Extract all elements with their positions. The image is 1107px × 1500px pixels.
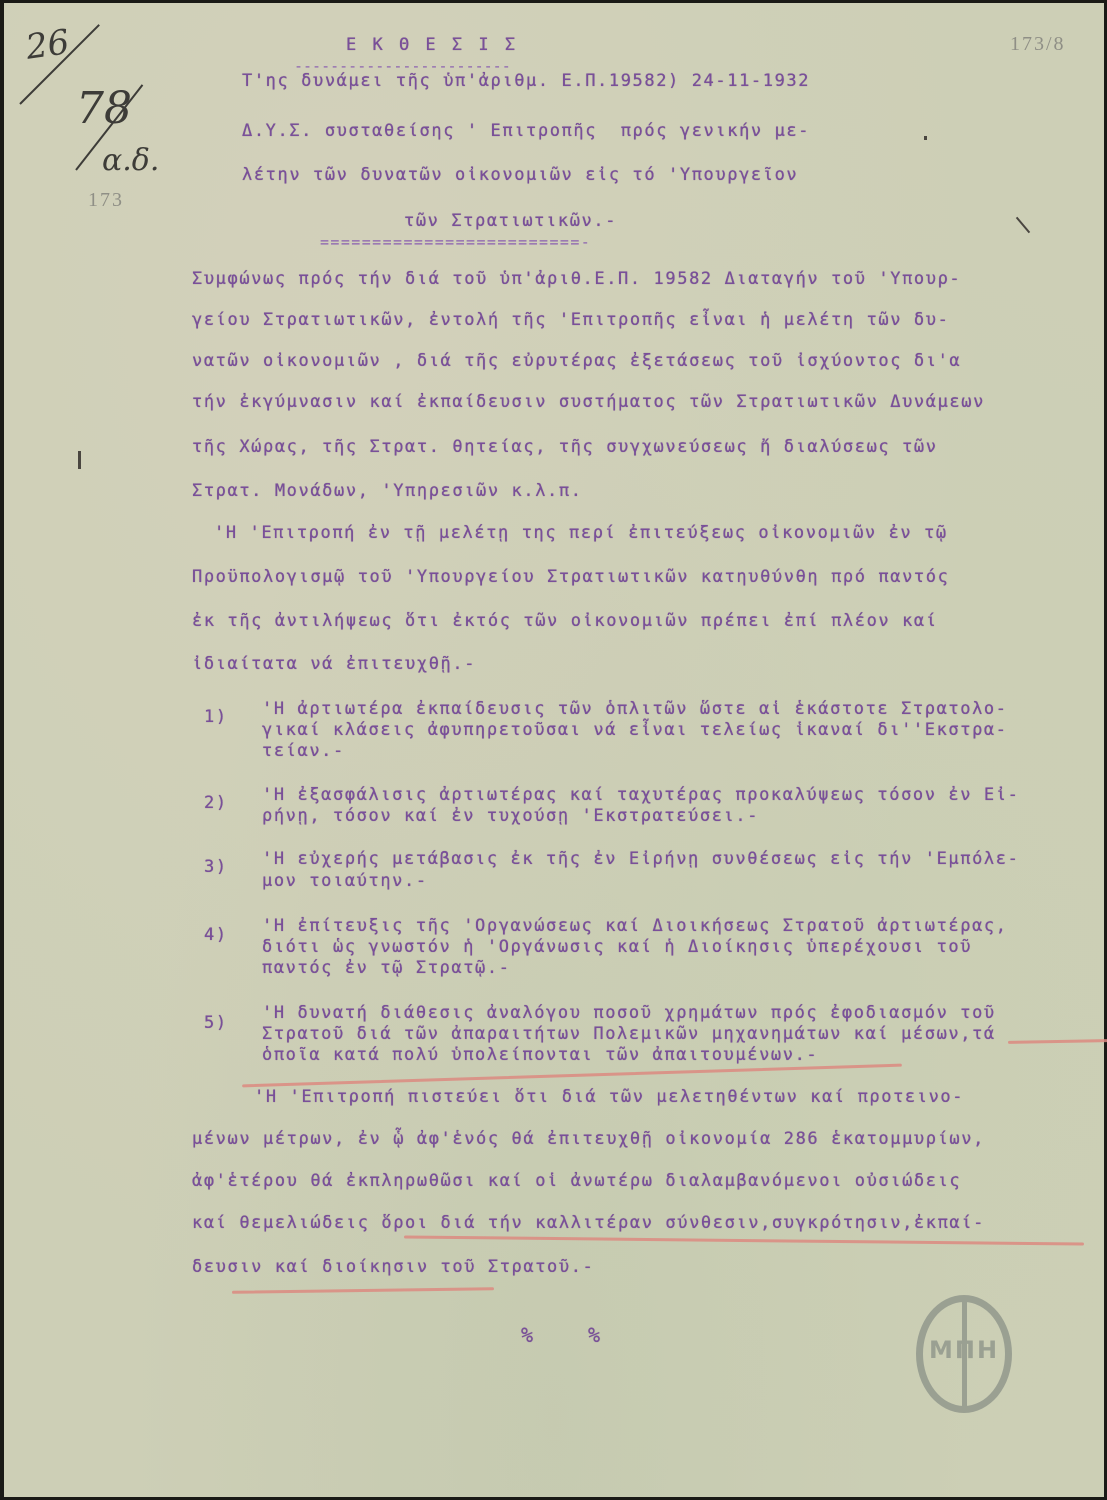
red-underline — [232, 1287, 494, 1294]
list-item-line: παντός ἐν τῷ Στρατῷ.- — [262, 958, 511, 978]
paragraph-line: καί θεμελιώδεις ὅροι διά τήν καλλιτέραν … — [192, 1213, 985, 1233]
archive-page-reference: 173/8 — [1010, 33, 1066, 56]
list-item-number: 4) — [204, 925, 228, 945]
list-item-line: μον τοιαύτην.- — [262, 871, 428, 891]
list-item-number: 3) — [204, 857, 228, 877]
paragraph-line: ἐκ τῆς ἀντιλήψεως ὅτι ἐκτός τῶν οἰκονομι… — [192, 611, 938, 631]
paragraph-line: Στρατ. Μονάδων, 'Υπηρεσιῶν κ.λ.π. — [192, 481, 583, 501]
red-underline — [1008, 1039, 1107, 1044]
header-double-rule: =========================- — [320, 233, 760, 251]
margin-note-folio: 26 — [23, 22, 71, 68]
list-item-line: γικαί κλάσεις ἀφυπηρετοῦσαι νά εἶναι τελ… — [262, 720, 1008, 740]
paragraph-line: νατῶν οἰκονομιῶν , διά τῆς εὐρυτέρας ἐξε… — [192, 351, 961, 371]
list-item-line: Στρατοῦ διά τῶν ἀπαραιτήτων Πολεμικῶν μη… — [262, 1024, 996, 1044]
list-item-number: 2) — [204, 793, 228, 813]
margin-note-fraction: α.δ. — [102, 143, 159, 178]
subtitle-line: τῶν Στρατιωτικῶν.- — [404, 211, 617, 231]
paragraph-line: 'Η 'Επιτροπή πιστεύει ὅτι διά τῶν μελετη… — [254, 1087, 964, 1107]
document-page: 26 78 α.δ. 173 173/8 Ε Κ Θ Ε Σ Ι Σ -----… — [4, 3, 1104, 1497]
list-item-line: 'Η ἐξασφάλισις ἀρτιωτέρας καί ταχυτέρας … — [262, 785, 1019, 805]
list-item-line: 'Η ἀρτιωτέρα ἐκπαίδευσις τῶν ὁπλιτῶν ὥστ… — [262, 699, 1008, 719]
archive-stamp-number: 173 — [88, 189, 124, 212]
archive-seal-icon: ΜΠΗ — [916, 1295, 1012, 1413]
paragraph-line: τῆς Χώρας, τῆς Στρατ. θητείας, τῆς συγχω… — [192, 437, 938, 457]
paragraph-line: Προϋπολογισμῷ τοῦ 'Υπουργείου Στρατιωτικ… — [192, 567, 949, 587]
paragraph-line: μένων μέτρων, ἐν ᾧ ἀφ'ἑνός θά ἐπιτευχθῇ … — [192, 1129, 985, 1149]
list-item-line: 'Η εὐχερής μετάβασις ἐκ τῆς ἐν Εἰρήνῃ συ… — [262, 849, 1019, 869]
list-item-number: 1) — [204, 707, 228, 727]
margin-dot — [924, 136, 927, 140]
subtitle-line: Τ'ης δυνάμει τῆς ὑπ'ἀριθμ. Ε.Π.19582) 24… — [242, 71, 810, 91]
list-item-line: ὁποῖα κατά πολύ ὑπολείπονται τῶν ἀπαιτου… — [262, 1045, 818, 1065]
seal-letters: ΜΠΗ — [923, 1336, 1005, 1364]
closing-mark: % — [588, 1323, 602, 1347]
list-item-line: τείαν.- — [262, 741, 345, 761]
list-item-line: ρήνῃ, τόσον καί ἐν τυχούσῃ 'Εκστρατεύσει… — [262, 806, 759, 826]
paragraph-line: τήν ἐκγύμνασιν καί ἐκπαίδευσιν συστήματο… — [192, 392, 985, 412]
list-item-number: 5) — [204, 1013, 228, 1033]
list-item-line: 'Η ἐπίτευξις τῆς 'Οργανώσεως καί Διοικήσ… — [262, 916, 1008, 936]
paragraph-line: 'Η 'Επιτροπή ἐν τῇ μελέτῃ της περί ἐπιτε… — [214, 523, 948, 543]
margin-tick-left — [78, 451, 81, 469]
paragraph-line: γείου Στρατιωτικῶν, ἐντολή τῆς 'Επιτροπῆ… — [192, 310, 949, 330]
subtitle-line: λέτην τῶν δυνατῶν οἰκονομιῶν εἰς τό 'Υπο… — [242, 165, 798, 185]
list-item-line: διότι ὡς γνωστόν ἡ 'Οργάνωσις καί ἡ Διοί… — [262, 937, 972, 957]
list-item-line: 'Η δυνατή διάθεσις ἀναλόγου ποσοῦ χρημάτ… — [262, 1003, 996, 1023]
document-title: Ε Κ Θ Ε Σ Ι Σ — [346, 35, 518, 55]
margin-tick-right — [1016, 217, 1030, 234]
red-underline — [404, 1235, 1084, 1245]
paragraph-line: ἰδιαίτατα νά ἐπιτευχθῇ.- — [192, 654, 476, 674]
paragraph-line: ἀφ'ἑτέρου θά ἐκπληρωθῶσι καί οἱ ἀνωτέρω … — [192, 1171, 961, 1191]
subtitle-line: Δ.Υ.Σ. συσταθείσης ' Επιτροπῆς πρός γενι… — [242, 121, 810, 141]
paragraph-line: δευσιν καί διοίκησιν τοῦ Στρατοῦ.- — [192, 1257, 594, 1277]
closing-mark: % — [521, 1323, 535, 1347]
red-underline — [242, 1064, 902, 1088]
paragraph-line: Συμφώνως πρός τήν διά τοῦ ὑπ'ἀριθ.Ε.Π. 1… — [192, 269, 961, 289]
